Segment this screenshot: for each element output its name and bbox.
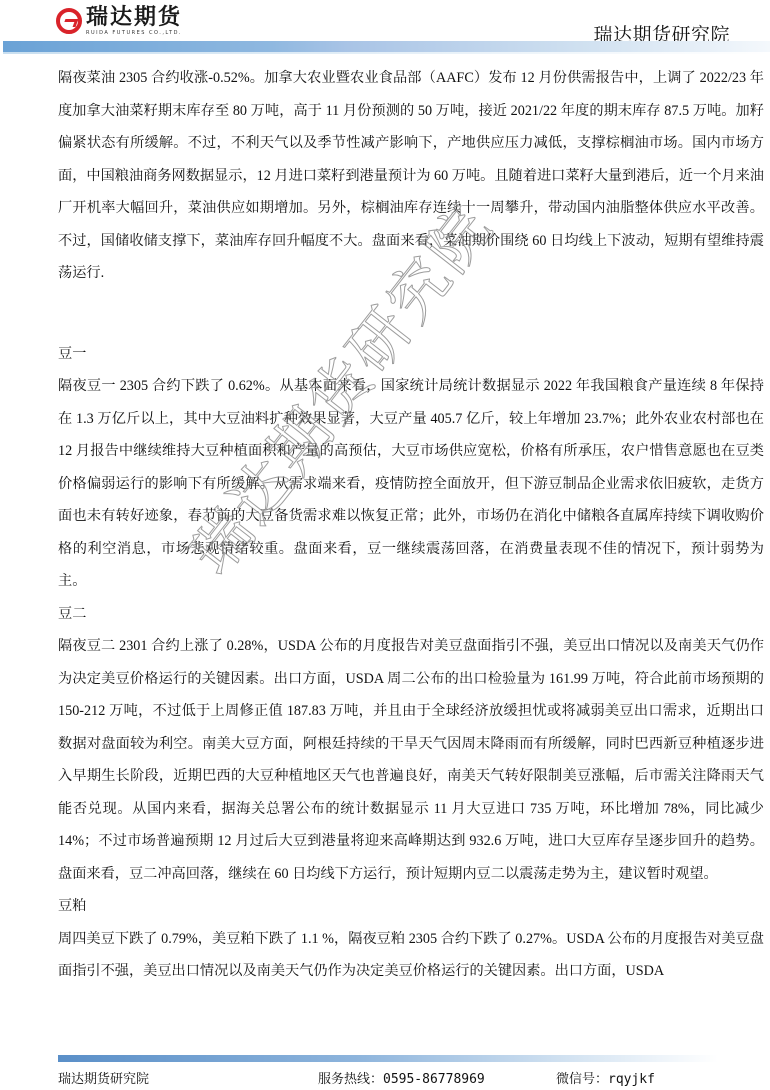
logo-chinese-name: 瑞达期货 (86, 6, 182, 30)
report-body: 隔夜菜油 2305 合约收涨-0.52%。加拿大农业暨农业食品部（AAFC）发布… (58, 62, 764, 988)
footer-wechat: 微信号：rqyjkf (556, 1068, 655, 1087)
page-header: 瑞达期货 RUIDA FUTURES CO.,LTD. 瑞达期货研究院 (0, 0, 770, 60)
soybean-meal-paragraph: 周四美豆下跌了 0.79%，美豆粕下跌了 1.1 %，隔夜豆粕 2305 合约下… (58, 923, 764, 988)
company-logo: 瑞达期货 RUIDA FUTURES CO.,LTD. (56, 6, 182, 36)
rapeseed-oil-paragraph: 隔夜菜油 2305 合约收涨-0.52%。加拿大农业暨农业食品部（AAFC）发布… (58, 62, 764, 290)
footer-hotline: 服务热线：0595-86778969 (318, 1068, 485, 1087)
soybean-no1-paragraph: 隔夜豆一 2305 合约下跌了 0.62%。从基本面来看，国家统计局统计数据显示… (58, 370, 764, 598)
logo-text: 瑞达期货 RUIDA FUTURES CO.,LTD. (86, 6, 182, 36)
soybean-no1-title: 豆一 (58, 338, 764, 371)
footer-gradient-band (58, 1055, 718, 1062)
ruida-logo-icon (56, 8, 82, 34)
logo-english-name: RUIDA FUTURES CO.,LTD. (86, 30, 182, 36)
soybean-no2-paragraph: 隔夜豆二 2301 合约上涨了 0.28%，USDA 公布的月度报告对美豆盘面指… (58, 630, 764, 890)
section-spacer (58, 290, 764, 338)
page-footer: 瑞达期货研究院 服务热线：0595-86778969 微信号：rqyjkf (58, 1066, 758, 1088)
header-gradient-band (3, 41, 770, 54)
soybean-no2-title: 豆二 (58, 598, 764, 631)
soybean-meal-title: 豆粕 (58, 890, 764, 923)
footer-organization: 瑞达期货研究院 (58, 1068, 149, 1087)
